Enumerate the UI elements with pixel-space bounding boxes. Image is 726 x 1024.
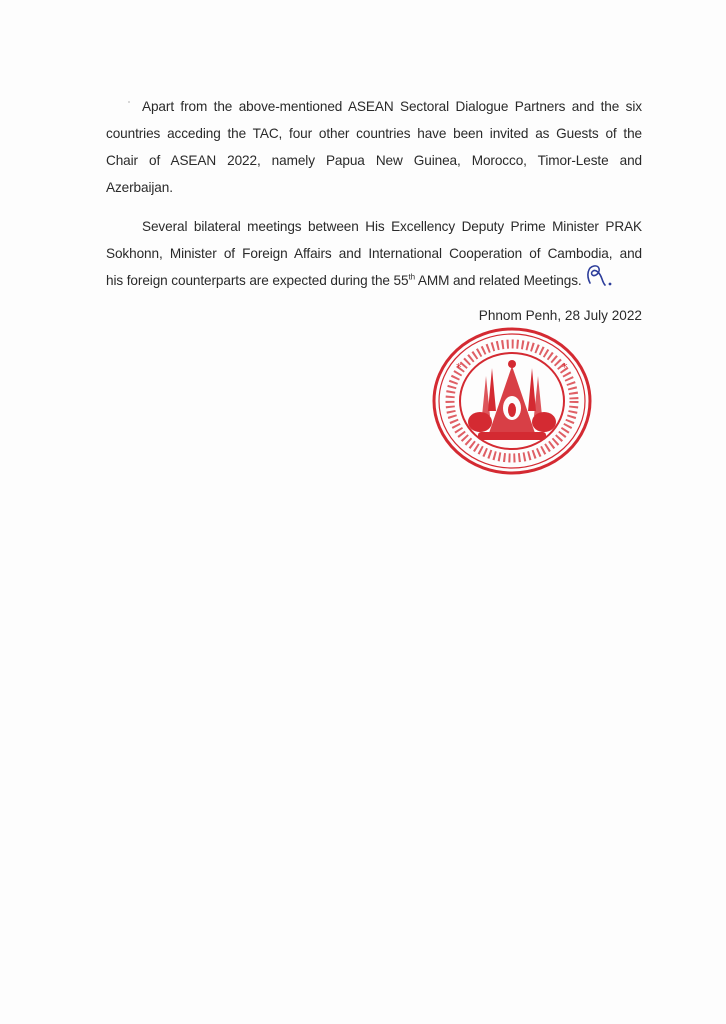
official-seal-icon: * *	[430, 326, 594, 476]
handwritten-initial-icon	[582, 269, 608, 289]
document-page: Apart from the above-mentioned ASEAN Sec…	[0, 0, 726, 1024]
place-date: Phnom Penh, 28 July 2022	[479, 302, 642, 329]
paragraph-bilateral-meetings: Several bilateral meetings between His E…	[106, 213, 642, 294]
text-line: Several bilateral meetings between His E…	[106, 213, 642, 240]
text-fragment: his foreign counterparts are expected du…	[106, 273, 408, 288]
svg-text:*: *	[562, 361, 568, 374]
text-line: Apart from the above-mentioned ASEAN Sec…	[106, 93, 642, 120]
text-fragment: AMM and related Meetings.	[415, 273, 582, 288]
text-line: Azerbaijan.	[106, 174, 642, 201]
svg-text:*: *	[456, 361, 462, 374]
text-line: his foreign counterparts are expected du…	[106, 267, 642, 294]
text-line: Sokhonn, Minister of Foreign Affairs and…	[106, 240, 642, 267]
text-line: Chair of ASEAN 2022, namely Papua New Gu…	[106, 147, 642, 174]
text-line: countries acceding the TAC, four other c…	[106, 120, 642, 147]
paragraph-guests: Apart from the above-mentioned ASEAN Sec…	[106, 93, 642, 201]
